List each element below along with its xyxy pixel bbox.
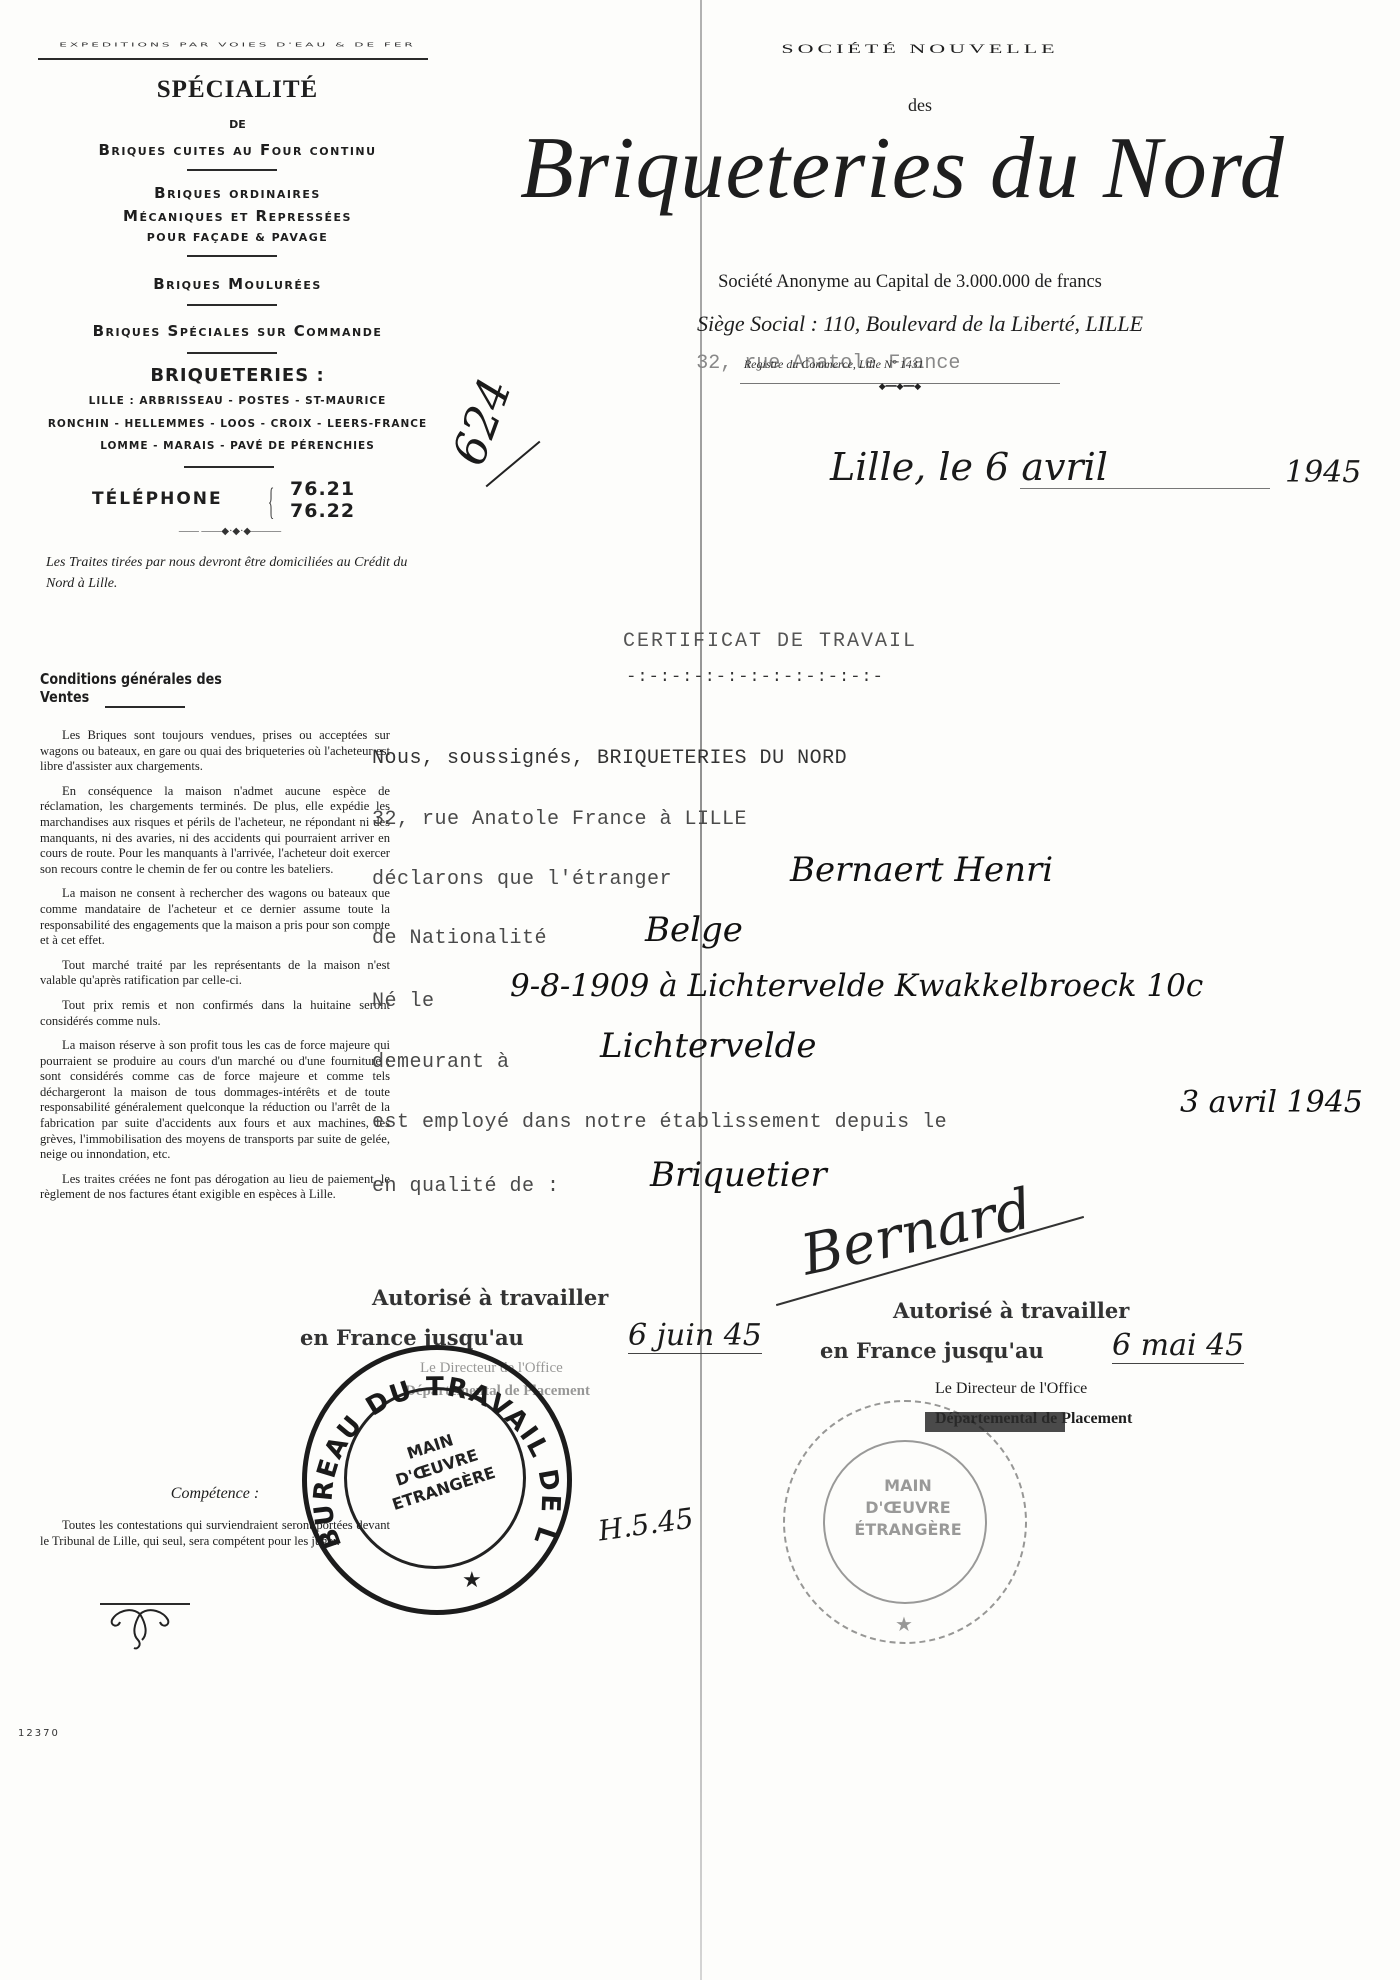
divider <box>105 706 185 708</box>
print-code: 12370 <box>18 1728 60 1739</box>
stamp-center-text: MAIN D'ŒUVRE ÉTRANGÈRE <box>853 1475 963 1541</box>
right-office-stamp: MAIN D'ŒUVRE ÉTRANGÈRE ★ <box>783 1400 1033 1650</box>
date-year: 1945 <box>1285 455 1361 490</box>
des-label: des <box>620 95 1220 116</box>
telephone-number-2: 76.22 <box>290 500 355 522</box>
conditions-body: Les Briques sont toujours vendues, prise… <box>40 728 390 1212</box>
typed-line-6: demeurant à <box>372 1051 510 1074</box>
top-rule <box>38 58 428 60</box>
sites-line-3: Lomme - Marais - Pavé de Pérenchies <box>20 440 455 452</box>
divider <box>187 304 277 306</box>
job-title: Briquetier <box>650 1155 827 1195</box>
star-icon: ★ <box>895 1612 913 1637</box>
left-until-date: 6 juin 45 <box>628 1318 762 1354</box>
date-place: Lille, le 6 avril <box>830 445 1270 489</box>
residence: Lichtervelde <box>600 1026 817 1066</box>
conditions-paragraph: Les traites créées ne font pas dérogatio… <box>40 1172 390 1203</box>
right-authorized-line-2: en France jusqu'au <box>820 1338 1044 1363</box>
briqueteries-title: BRIQUETERIES : <box>20 365 455 386</box>
left-authorized-line-1: Autorisé à travailler <box>372 1285 608 1310</box>
telephone-label: TÉLÉPHONE <box>92 489 223 509</box>
registre-text: Registre du Commerce, Lille N° 1431 <box>744 357 924 371</box>
brace-icon: { <box>268 480 274 524</box>
divider <box>100 1603 190 1605</box>
typed-line-5: Né le <box>372 990 435 1013</box>
typed-line-2: 32, rue Anatole France à LILLE <box>372 808 747 831</box>
line-ordinaires: Briques ordinaires <box>20 184 455 202</box>
divider <box>187 255 277 257</box>
conditions-paragraph: Tout prix remis et non confirmés dans la… <box>40 998 390 1029</box>
conditions-paragraph: Tout marché traité par les représentants… <box>40 958 390 989</box>
telephone-number-1: 76.21 <box>290 478 355 500</box>
ornament-flourish-icon <box>108 1606 172 1654</box>
stamp-center-line: MAIN <box>853 1475 963 1497</box>
sites-line-1: Lille : Arbrisseau - Postes - St-Maurice <box>20 395 455 407</box>
line-facade-pavage: pour façade & pavage <box>20 231 455 244</box>
star-icon: ★ <box>462 1567 482 1593</box>
date-rule <box>1020 488 1270 489</box>
left-handwritten-note: H.5.45 <box>596 1502 695 1548</box>
line-speciales: Briques Spéciales sur Commande <box>20 322 455 340</box>
sites-line-2: Ronchin - Hellemmes - Loos - Croix - Lee… <box>20 418 455 430</box>
divider <box>184 466 274 468</box>
typed-line-4: de Nationalité <box>372 927 547 950</box>
birth-date-place: 9-8-1909 à Lichtervelde Kwakkelbroeck 10… <box>510 968 1203 1004</box>
line-four-continu: Briques cuites au Four continu <box>20 141 455 159</box>
speciality-de: DE <box>40 118 435 131</box>
conditions-paragraph: Les Briques sont toujours vendues, prise… <box>40 728 390 775</box>
certificate-divider: -:-:-:-:-:-:-:-:-:-:-:- <box>555 668 955 687</box>
right-authorized-line-1: Autorisé à travailler <box>893 1298 1129 1323</box>
certificate-title: CERTIFICAT DE TRAVAIL <box>560 630 980 653</box>
divider <box>187 169 277 171</box>
company-name: Briqueteries du Nord <box>520 118 1340 219</box>
header-ornament-icon: ◆━━◆━━◆ <box>740 383 1060 388</box>
stamp-center-line: D'ŒUVRE <box>853 1497 963 1519</box>
right-until-date: 6 mai 45 <box>1112 1328 1244 1364</box>
conditions-title: Conditions générales des Ventes <box>40 670 236 706</box>
typed-line-7: est employé dans notre établissement dep… <box>372 1111 947 1134</box>
ornamental-divider-icon: —— ——◆·◆·◆——— <box>150 526 310 537</box>
speciality-title: SPÉCIALITÉ <box>40 76 435 104</box>
registre-line: 32, rue Anatole France Registre du Comme… <box>600 352 1240 375</box>
conditions-paragraph: La maison ne consent à rechercher des wa… <box>40 886 390 948</box>
traites-note: Les Traites tirées par nous devront être… <box>46 552 426 594</box>
worker-name: Bernaert Henri <box>790 850 1053 890</box>
divider <box>187 352 277 354</box>
reference-number: 624 <box>441 371 522 472</box>
typed-line-3: déclarons que l'étranger <box>372 868 672 891</box>
societe-nouvelle: SOCIÉTÉ NOUVELLE <box>620 42 1220 56</box>
stamp-center-line: ÉTRANGÈRE <box>853 1519 963 1541</box>
nationality: Belge <box>645 910 743 950</box>
shipping-header-line: EXPÉDITIONS PAR VOIES D'EAU & DE FER <box>40 42 435 48</box>
right-office-line-1: Le Directeur de l'Office <box>935 1380 1087 1398</box>
line-moulurees: Briques Moulurées <box>20 275 455 293</box>
employer-signature: Bernard <box>796 1176 1038 1288</box>
capital-line: Société Anonyme au Capital de 3.000.000 … <box>560 272 1260 293</box>
typed-line-8: en qualité de : <box>372 1175 560 1198</box>
siege-social: Siège Social : 110, Boulevard de la Libe… <box>560 311 1280 337</box>
line-mecaniques: Mécaniques et Repressées <box>20 207 455 225</box>
conditions-paragraph: En conséquence la maison n'admet aucune … <box>40 784 390 878</box>
typed-line-1: Nous, soussignés, BRIQUETERIES DU NORD <box>372 747 847 770</box>
conditions-paragraph: La maison réserve à son profit tous les … <box>40 1038 390 1163</box>
bureau-travail-stamp: BUREAU DU TRAVAIL DE LILLE MAIN D'ŒUVRE … <box>302 1345 572 1615</box>
employment-start-date: 3 avril 1945 <box>1180 1085 1363 1120</box>
